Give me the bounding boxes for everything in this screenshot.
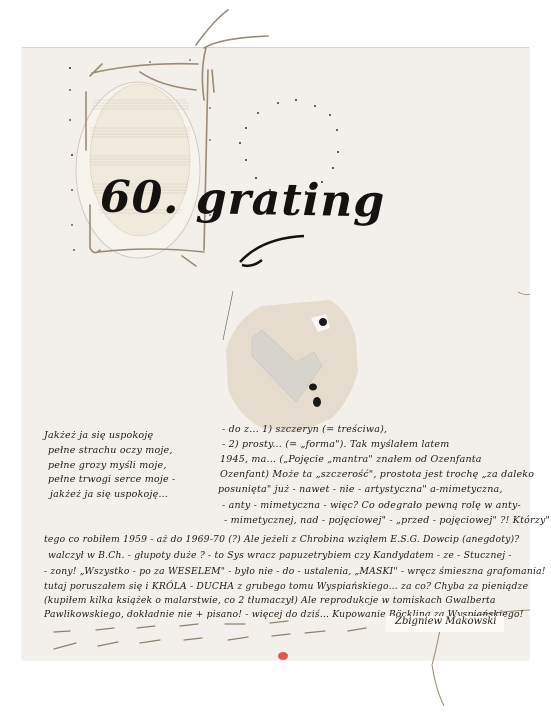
poem-line: pełne grozy myśli moje, xyxy=(48,460,167,471)
artwork-title: 60. grating xyxy=(100,172,386,228)
text-line: walczył w B.Ch. - głupoty duże ? - to Sy… xyxy=(48,550,512,561)
artist-signature: Zbigniew Makowski xyxy=(395,616,496,627)
text-line: tutaj poruszałem się i KRÓLA - DUCHA z g… xyxy=(44,581,528,592)
torn-paper-collage xyxy=(226,300,358,432)
poem-line: jakżeż ja się uspokoję... xyxy=(50,489,168,500)
text-line: - zony! „Wszystko - po za WESELEM" - był… xyxy=(44,566,546,577)
pen-line xyxy=(223,291,233,340)
text-line: 1945, ma... („Pojęcie „mantra" znałem od… xyxy=(220,454,482,465)
text-line: (kupiłem kilka książek o malarstwie, co … xyxy=(44,595,496,606)
text-line: posunięta" już - nawet - nie - artystycz… xyxy=(218,484,503,495)
thread-right-edge xyxy=(518,292,530,295)
music-staff-oval xyxy=(76,82,200,258)
text-line: Ozenfant) Może ta „szczerość", prostota … xyxy=(220,469,534,480)
poem-line: pełne strachu oczy moje, xyxy=(48,445,173,456)
poem-line: pełne trwogi serce moje - xyxy=(48,474,175,485)
text-line: - 2) prosty... (= „forma"). Tak myślałem… xyxy=(222,439,449,450)
title-flourish xyxy=(240,236,304,266)
text-line: tego co robiłem 1959 - aż do 1969-70 (?)… xyxy=(44,534,519,545)
stitch-dashes xyxy=(54,621,366,649)
red-dot xyxy=(278,652,288,660)
text-line: - anty - mimetyczna - więc? Co odegrało … xyxy=(222,500,521,511)
text-line: - do z... 1) szczeryn (= treściwa), xyxy=(222,424,387,435)
text-line: - mimetycznej, nad - pojęciowej" - „prze… xyxy=(224,515,550,526)
poem-line: Jakżeż ja się uspokoję xyxy=(44,430,153,441)
